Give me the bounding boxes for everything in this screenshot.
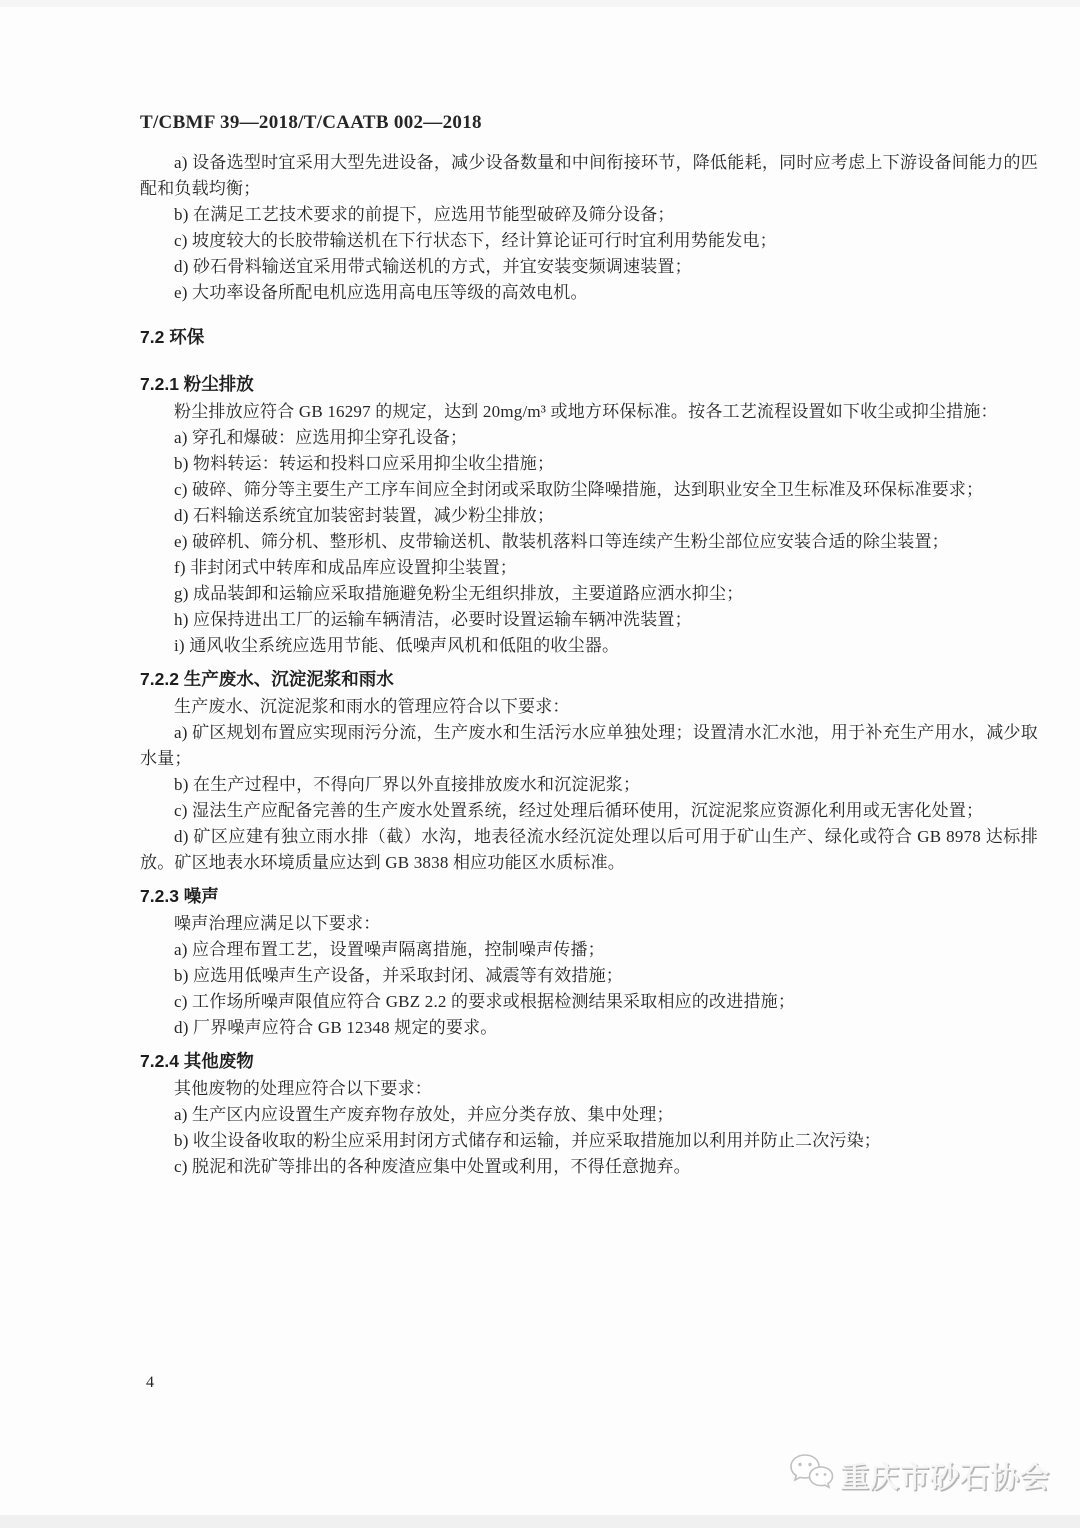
list-item: a) 生产区内应设置生产废弃物存放处，并应分类存放、集中处理； (140, 1102, 1038, 1128)
page-number: 4 (146, 1374, 154, 1392)
subsection-heading-7-2-1: 7.2.1 粉尘排放 (140, 371, 1038, 396)
list-item: e) 大功率设备所配电机应选用高电压等级的高效电机。 (140, 280, 1038, 306)
subsection-heading-7-2-2: 7.2.2 生产废水、沉淀泥浆和雨水 (140, 666, 1038, 691)
list-item: b) 物料转运：转运和投料口应采用抑尘收尘措施； (140, 451, 1038, 477)
list-item: c) 坡度较大的长胶带输送机在下行状态下，经计算论证可行时宜利用势能发电； (140, 228, 1038, 254)
page-content: T/CBMF 39—2018/T/CAATB 002—2018 a) 设备选型时… (140, 112, 1038, 1180)
wechat-icon (788, 1452, 834, 1499)
list-item: a) 应合理布置工艺，设置噪声隔离措施，控制噪声传播； (140, 937, 1038, 963)
subsection-heading-7-2-4: 7.2.4 其他废物 (140, 1048, 1038, 1073)
list-item: c) 破碎、筛分等主要生产工序车间应全封闭或采取防尘降噪措施，达到职业安全卫生标… (140, 477, 1038, 503)
paragraph: 生产废水、沉淀泥浆和雨水的管理应符合以下要求： (140, 694, 1038, 720)
list-item: h) 应保持进出工厂的运输车辆清洁，必要时设置运输车辆冲洗装置； (140, 607, 1038, 633)
list-item: c) 工作场所噪声限值应符合 GBZ 2.2 的要求或根据检测结果采取相应的改进… (140, 989, 1038, 1015)
list-item: f) 非封闭式中转库和成品库应设置抑尘装置； (140, 555, 1038, 581)
list-item: d) 砂石骨料输送宜采用带式输送机的方式，并宜安装变频调速装置； (140, 254, 1038, 280)
list-item: b) 在生产过程中，不得向厂界以外直接排放废水和沉淀泥浆； (140, 772, 1038, 798)
association-watermark: 重庆市砂石协会 (788, 1452, 1050, 1499)
list-item: d) 矿区应建有独立雨水排（截）水沟，地表径流水经沉淀处理以后可用于矿山生产、绿… (140, 824, 1038, 876)
subsection-heading-7-2-3: 7.2.3 噪声 (140, 883, 1038, 908)
page-top-edge (0, 0, 1080, 7)
list-item: g) 成品装卸和运输应采取措施避免粉尘无组织排放，主要道路应洒水抑尘； (140, 581, 1038, 607)
list-item: d) 厂界噪声应符合 GB 12348 规定的要求。 (140, 1015, 1038, 1041)
paragraph: 粉尘排放应符合 GB 16297 的规定，达到 20mg/m³ 或地方环保标准。… (140, 399, 1038, 425)
watermark-label: 重庆市砂石协会 (840, 1455, 1050, 1496)
list-item: b) 收尘设备收取的粉尘应采用封闭方式储存和运输，并应采取措施加以利用并防止二次… (140, 1128, 1038, 1154)
document-page: T/CBMF 39—2018/T/CAATB 002—2018 a) 设备选型时… (0, 0, 1080, 1528)
section-heading-7-2: 7.2 环保 (140, 324, 1038, 349)
list-item: a) 矿区规划布置应实现雨污分流，生产废水和生活污水应单独处理；设置清水汇水池，… (140, 720, 1038, 772)
page-bottom-edge (0, 1515, 1080, 1528)
list-item: c) 湿法生产应配备完善的生产废水处置系统，经过处理后循环使用，沉淀泥浆应资源化… (140, 798, 1038, 824)
list-item: a) 设备选型时宜采用大型先进设备，减少设备数量和中间衔接环节，降低能耗，同时应… (140, 150, 1038, 202)
list-item: d) 石料输送系统宜加装密封装置，减少粉尘排放； (140, 503, 1038, 529)
list-item: a) 穿孔和爆破：应选用抑尘穿孔设备； (140, 425, 1038, 451)
list-item: c) 脱泥和洗矿等排出的各种废渣应集中处置或利用，不得任意抛弃。 (140, 1154, 1038, 1180)
list-item: i) 通风收尘系统应选用节能、低噪声风机和低阻的收尘器。 (140, 633, 1038, 659)
list-item: e) 破碎机、筛分机、整形机、皮带输送机、散装机落料口等连续产生粉尘部位应安装合… (140, 529, 1038, 555)
standard-number-header: T/CBMF 39—2018/T/CAATB 002—2018 (140, 112, 1038, 134)
list-item: b) 在满足工艺技术要求的前提下，应选用节能型破碎及筛分设备； (140, 202, 1038, 228)
paragraph: 其他废物的处理应符合以下要求： (140, 1076, 1038, 1102)
list-item: b) 应选用低噪声生产设备，并采取封闭、减震等有效措施； (140, 963, 1038, 989)
paragraph: 噪声治理应满足以下要求： (140, 911, 1038, 937)
